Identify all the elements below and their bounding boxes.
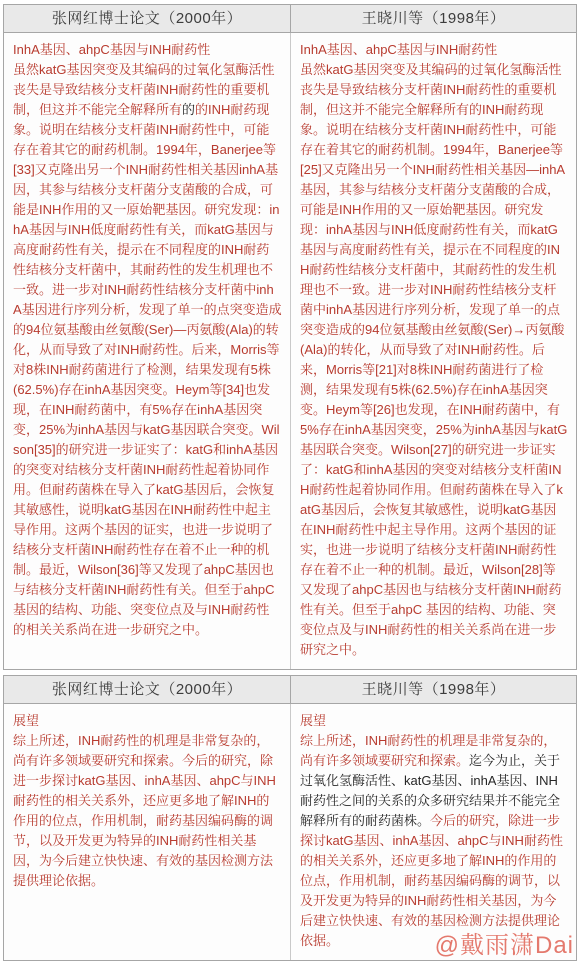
paper-text-cell: InhA基因、ahpC基因与INH耐药性 虽然katG基因突变及其编码的过氧化氢… (290, 33, 576, 669)
header-row: 张网红博士论文（2000年） 王晓川等（1998年） (4, 5, 576, 33)
header-paper-right: 王晓川等（1998年） (290, 5, 576, 32)
header-thesis-left: 张网红博士论文（2000年） (4, 676, 290, 703)
thesis-paragraph: 虽然katG基因突变及其编码的过氧化氢酶活性丧失是导致结核分支杆菌INH耐药性的… (13, 60, 282, 640)
thesis-outlook-title: 展望 (13, 711, 282, 731)
paper-outlook-paragraph: 综上所述，INH耐药性的机理是非常复杂的，尚有许多领域要研究和探索。迄今为止，关… (300, 731, 568, 951)
paper-outlook-cell: 展望 综上所述，INH耐药性的机理是非常复杂的，尚有许多领域要研究和探索。迄今为… (290, 704, 576, 960)
thesis-text-cell: InhA基因、ahpC基因与INH耐药性 虽然katG基因突变及其编码的过氧化氢… (4, 33, 290, 669)
comparison-page: 张网红博士论文（2000年） 王晓川等（1998年） InhA基因、ahpC基因… (0, 0, 580, 964)
thesis-section-title: InhA基因、ahpC基因与INH耐药性 (13, 40, 282, 60)
thesis-outlook-cell: 展望 综上所述，INH耐药性的机理是非常复杂的，尚有许多领域要研究和探索。今后的… (4, 704, 290, 960)
text-segment: 虽然katG基因突变及其编码的过氧化氢酶活性丧失是导致结核分支杆菌INH耐药性的… (300, 62, 567, 657)
thesis-outlook-paragraph: 综上所述，INH耐药性的机理是非常复杂的，尚有许多领域要研究和探索。今后的研究，… (13, 731, 282, 891)
comparison-table-inh-section: 张网红博士论文（2000年） 王晓川等（1998年） InhA基因、ahpC基因… (3, 4, 577, 670)
header-thesis-left: 张网红博士论文（2000年） (4, 5, 290, 32)
body-row: InhA基因、ahpC基因与INH耐药性 虽然katG基因突变及其编码的过氧化氢… (4, 33, 576, 669)
header-paper-right: 王晓川等（1998年） (290, 676, 576, 703)
body-row: 展望 综上所述，INH耐药性的机理是非常复杂的，尚有许多领域要研究和探索。今后的… (4, 704, 576, 960)
text-segment: 的INH耐药现象。说明在结核分支杆菌INH耐药性中，可能存在着其它的耐药机制。1… (13, 102, 282, 637)
paper-paragraph: 虽然katG基因突变及其编码的过氧化氢酶活性丧失是导致结核分支杆菌INH耐药性的… (300, 60, 568, 660)
paper-section-title: InhA基因、ahpC基因与INH耐药性 (300, 40, 568, 60)
text-segment: 综上所述，INH耐药性的机理是非常复杂的，尚有许多领域要研究和探索。今后的研究，… (13, 733, 276, 888)
text-segment: 今后的研究，除进一步探讨katG基因、inhA基因、ahpC与INH耐药性的相关… (300, 813, 563, 948)
paper-outlook-title: 展望 (300, 711, 568, 731)
header-row: 张网红博士论文（2000年） 王晓川等（1998年） (4, 676, 576, 704)
comparison-table-outlook-section: 张网红博士论文（2000年） 王晓川等（1998年） 展望 综上所述，INH耐药… (3, 675, 577, 961)
text-segment: 的 (182, 102, 195, 117)
